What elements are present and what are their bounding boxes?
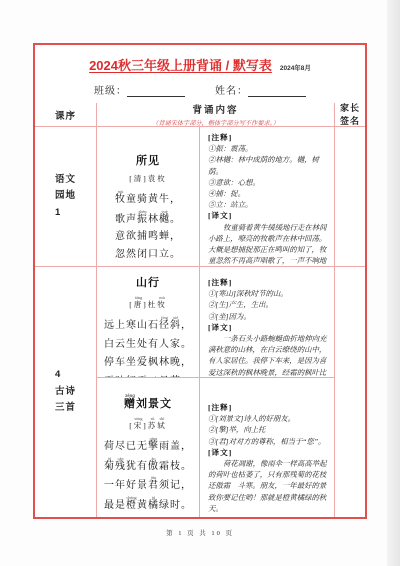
poem-cell-suojian: 所见 [清]袁枚 牧mù童骑黄牛，歌声振zhèn林樾yuè。意欲捕鸣蝉，忽然闭口… bbox=[97, 127, 200, 267]
notes-cell-suojian: [注释] ①振：震荡。②林樾：林中成荫的地方。樾，树荫。③意欲：心想。④捕：捉。… bbox=[200, 127, 335, 267]
poem-author: [清]袁枚 bbox=[97, 173, 199, 184]
note-item: ③意欲：心想。 bbox=[208, 177, 328, 188]
notes-heading: [注释] bbox=[208, 402, 328, 413]
notes-cell-shanxing: [注释] ①[寒山]深秋时节的山。②[生]产生，生出。③[坐]因为。 [译文] … bbox=[200, 267, 335, 378]
note-item: ④捕：捉。 bbox=[208, 188, 328, 199]
header-content-label: 背诵内容 bbox=[192, 103, 238, 116]
poem-line: 忽然闭口立。 bbox=[97, 246, 199, 264]
translation-text: 牧童骑着黄牛缓缓地行走在林间小路上，嘹亮的牧歌声在林中回荡。大概是想捕捉那正在鸣… bbox=[208, 222, 328, 267]
stack-line: 语文 bbox=[55, 172, 76, 189]
signature-cell-row2 bbox=[335, 267, 365, 517]
note-item: ⑤立：站立。 bbox=[208, 199, 328, 210]
poem-title: 山行 bbox=[97, 274, 199, 290]
course-cell-yuwen-yuandi-1: 语文园地1 bbox=[35, 127, 97, 267]
name-label: 姓名： bbox=[215, 82, 248, 97]
poem-line: 停车坐爱枫林晚， bbox=[97, 354, 199, 373]
document-page: 2024秋三年级上册背诵 / 默写表2024年8月 班级： 姓名： 课序 背诵内… bbox=[0, 0, 400, 566]
translation-heading: [译文] bbox=[208, 210, 328, 221]
poem-line: 意欲捕鸣蝉， bbox=[97, 228, 199, 246]
class-blank-line bbox=[127, 86, 185, 97]
poem-cell-zengliujingwen: 赠zèng刘景文 [宋sòng]苏sū轼shì 荷尽已无擎qíng雨盖，菊jú残… bbox=[97, 378, 200, 517]
note-item: ③[坐]因为。 bbox=[208, 311, 328, 322]
recitation-sheet: 2024秋三年级上册背诵 / 默写表2024年8月 班级： 姓名： 课序 背诵内… bbox=[33, 43, 367, 519]
header-course: 课序 bbox=[35, 103, 97, 127]
poem-line: 最是橙chéng黄橘jú绿时。 bbox=[97, 495, 199, 515]
notes-list: ①[刘景文]诗人的好朋友。②[擎]举，向上托③[君]对对方的尊称，相当于“您”。 bbox=[208, 413, 328, 447]
page-edge bbox=[387, 0, 400, 566]
course-cell-gushi-sanshou: 4古诗三首 bbox=[35, 267, 97, 517]
note-item: ②[擎]举，向上托 bbox=[208, 424, 328, 435]
content-table: 课序 背诵内容 （背诵宋体字部分，楷体字部分写不作要求。） 家长签名 语文园地1… bbox=[35, 103, 365, 517]
course-label: 语文园地1 bbox=[55, 172, 76, 222]
header-course-label: 课序 bbox=[55, 108, 76, 122]
stack-line: 园地 bbox=[55, 188, 76, 205]
note-item: ②林樾：林中成荫的地方。樾，树荫。 bbox=[208, 154, 328, 176]
class-label: 班级： bbox=[94, 82, 127, 97]
translation-text: 一条石头小路蜿蜒曲折地伸向充满秋意的山林，在白云缭绕的山中，有人家居住。我停下车… bbox=[208, 333, 328, 378]
stack-line: 1 bbox=[55, 205, 76, 222]
header-sign-label: 家长签名 bbox=[340, 103, 360, 127]
stack-line: 三首 bbox=[55, 400, 76, 417]
poem-line: 一年好景君jūn须记， bbox=[97, 475, 199, 495]
poem-line: 歌声振zhèn林樾yuè。 bbox=[97, 209, 199, 229]
poem-line: 荷尽已无擎qíng雨盖， bbox=[97, 436, 199, 456]
note-item: ①[刘景文]诗人的好朋友。 bbox=[208, 413, 328, 424]
page-footer: 第 1 页 共 10 页 bbox=[0, 528, 400, 537]
name-blank-line bbox=[248, 86, 306, 97]
poem-line: 牧mù童骑黄牛， bbox=[97, 189, 199, 209]
signature-cell-row1 bbox=[335, 127, 365, 267]
poem-author: [唐táng]杜牧mù bbox=[97, 295, 199, 310]
poem-line: 白云生处有人家。 bbox=[97, 336, 199, 355]
class-field: 班级： bbox=[94, 82, 185, 97]
name-field: 姓名： bbox=[215, 82, 306, 97]
page-title: 2024秋三年级上册背诵 / 默写表 bbox=[89, 58, 272, 73]
poem-line: 远上寒山石径jìng斜xié， bbox=[97, 315, 199, 336]
header-content: 背诵内容 （背诵宋体字部分，楷体字部分写不作要求。） bbox=[97, 103, 335, 127]
notes-list: ①[寒山]深秋时节的山。②[生]产生，生出。③[坐]因为。 bbox=[208, 288, 328, 322]
note-item: ①[寒山]深秋时节的山。 bbox=[208, 288, 328, 299]
translation-text: 荷花凋谢，像雨伞一样高高举起的荷叶也枯萎了，只有那残菊的花枝还傲霜 斗寒。朋友，… bbox=[208, 458, 328, 514]
note-item: ②[生]产生，生出。 bbox=[208, 299, 328, 310]
poem-lines: 远上寒山石径jìng斜xié，白云生处有人家。停车坐爱枫林晚，霜叶红于二月花。 bbox=[97, 315, 199, 378]
page-date: 2024年8月 bbox=[280, 65, 311, 72]
note-item: ①振：震荡。 bbox=[208, 143, 328, 154]
stack-line: 古诗 bbox=[55, 384, 76, 401]
title-row: 2024秋三年级上册背诵 / 默写表2024年8月 bbox=[35, 55, 365, 75]
poem-title: 所见 bbox=[97, 152, 199, 168]
meta-row: 班级： 姓名： bbox=[35, 82, 365, 97]
poem-title: 赠zèng刘景文 bbox=[97, 393, 199, 411]
header-content-note: （背诵宋体字部分，楷体字部分写不作要求。） bbox=[152, 118, 279, 127]
poem-lines: 荷尽已无擎qíng雨盖，菊jú残cán犹有傲ào霜枝。一年好景君jūn须记，最是… bbox=[97, 436, 199, 514]
course-label: 4古诗三首 bbox=[55, 367, 76, 417]
poem-line: 菊jú残cán犹有傲ào霜枝。 bbox=[97, 456, 199, 476]
poem-cell-shanxing: 山行 [唐táng]杜牧mù 远上寒山石径jìng斜xié，白云生处有人家。停车… bbox=[97, 267, 200, 378]
note-item: ③[君]对对方的尊称，相当于“您”。 bbox=[208, 436, 328, 447]
notes-cell-zengliujingwen: [注释] ①[刘景文]诗人的好朋友。②[擎]举，向上托③[君]对对方的尊称，相当… bbox=[200, 378, 335, 517]
notes-heading: [注释] bbox=[208, 132, 328, 143]
stack-line: 4 bbox=[55, 367, 76, 384]
stack-line: 签名 bbox=[340, 115, 360, 128]
translation-heading: [译文] bbox=[208, 447, 328, 458]
header-parent-signature: 家长签名 bbox=[335, 103, 365, 127]
poem-lines: 牧mù童骑黄牛，歌声振zhèn林樾yuè。意欲捕鸣蝉，忽然闭口立。 bbox=[97, 189, 199, 263]
notes-list: ①振：震荡。②林樾：林中成荫的地方。樾，树荫。③意欲：心想。④捕：捉。⑤立：站立… bbox=[208, 143, 328, 210]
notes-heading: [注释] bbox=[208, 277, 328, 288]
translation-heading: [译文] bbox=[208, 322, 328, 333]
stack-line: 家长 bbox=[340, 103, 360, 115]
poem-author: [宋sòng]苏sū轼shì bbox=[97, 416, 199, 431]
